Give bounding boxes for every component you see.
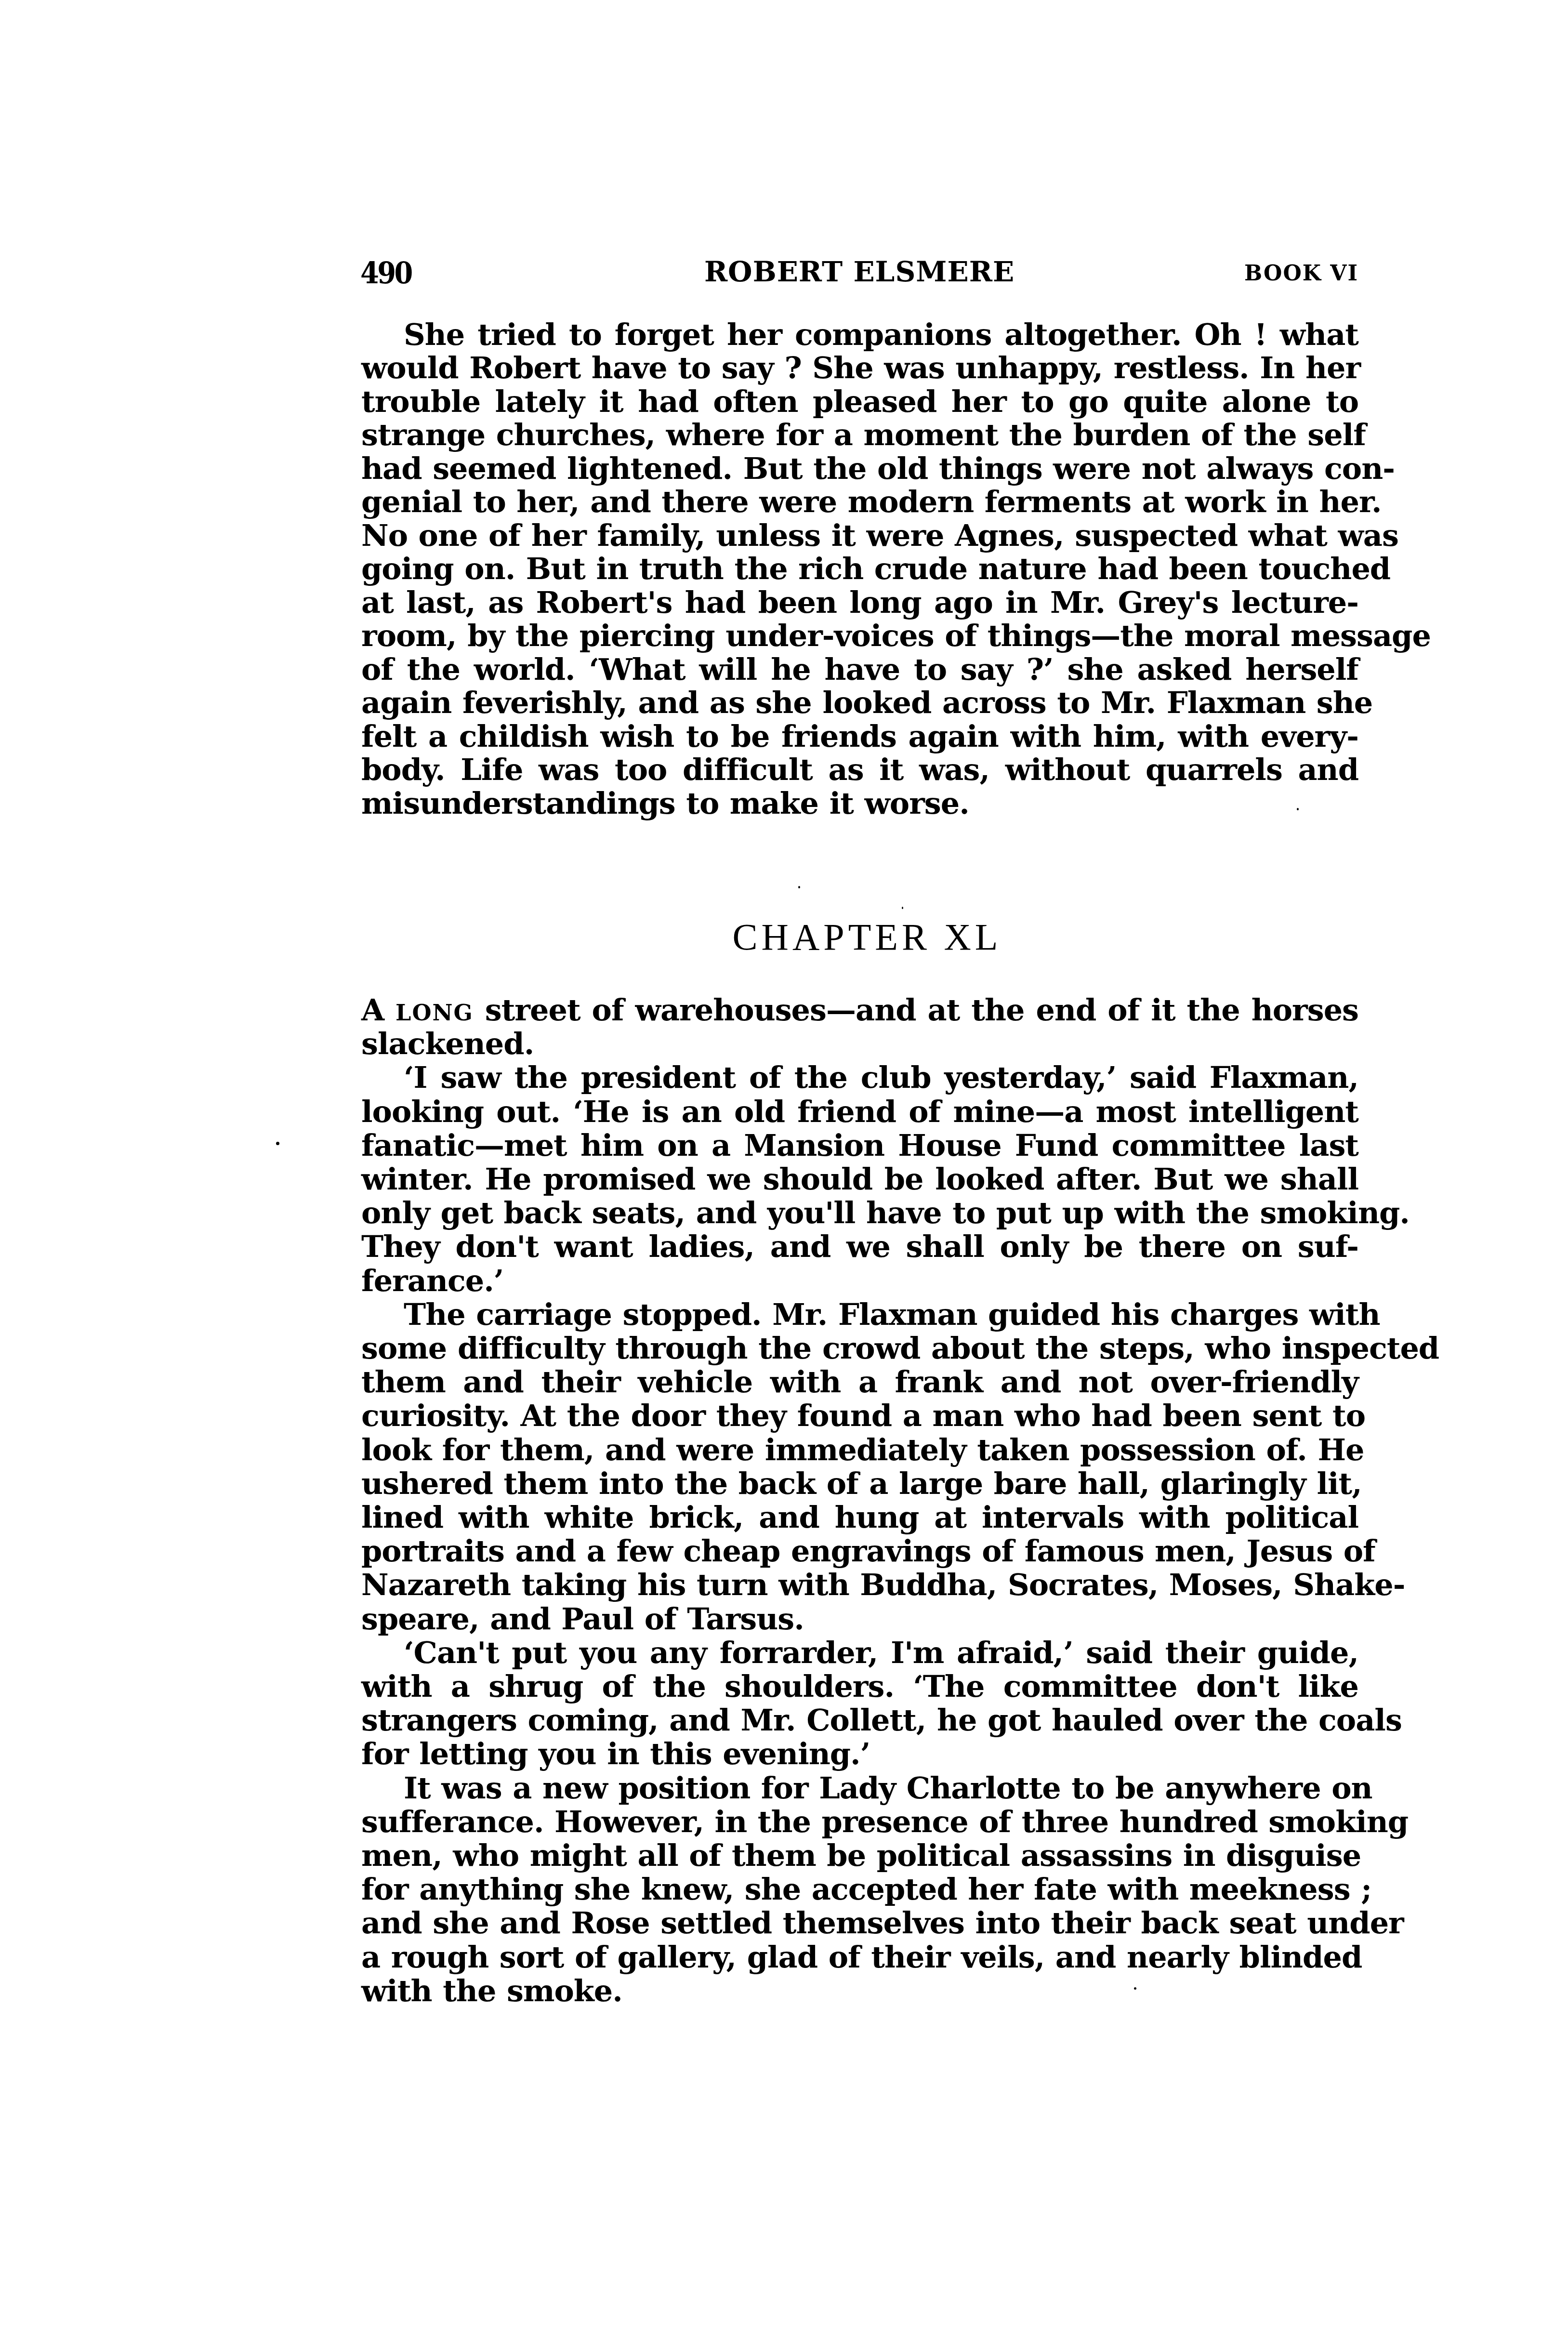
text-line: going on. But in truth the rich crude na… bbox=[361, 552, 1358, 586]
text-line: ushered them into the back of a large ba… bbox=[361, 1467, 1358, 1501]
text-line: look for them, and were immediately take… bbox=[361, 1433, 1358, 1467]
text-line: them and their vehicle with a frank and … bbox=[361, 1365, 1358, 1399]
text-line: room, by the piercing under-voices of th… bbox=[361, 619, 1358, 653]
text-line: sufferance. However, in the presence of … bbox=[361, 1805, 1358, 1839]
text-line: and she and Rose settled themselves into… bbox=[361, 1906, 1358, 1940]
text-line: with the smoke. bbox=[361, 1974, 1358, 2008]
text-line: men, who might all of them be political … bbox=[361, 1839, 1358, 1873]
text-line: looking out. ‘He is an old friend of min… bbox=[361, 1095, 1358, 1129]
text-line: trouble lately it had often pleased her … bbox=[361, 385, 1358, 419]
scan-speck bbox=[798, 886, 800, 888]
text-line: fanatic—met him on a Mansion House Fund … bbox=[361, 1129, 1358, 1162]
book-section: BOOK VI bbox=[1244, 261, 1358, 286]
text-line: with a shrug of the shoulders. ‘The comm… bbox=[361, 1670, 1358, 1703]
text-line: The carriage stopped. Mr. Flaxman guided… bbox=[404, 1298, 1358, 1332]
opening-rest: street of warehouses—and at the end of i… bbox=[474, 992, 1358, 1028]
scan-speck bbox=[902, 907, 903, 909]
text-line: had seemed lightened. But the old things… bbox=[361, 452, 1358, 486]
text-line: would Robert have to say ? She was unhap… bbox=[361, 351, 1358, 385]
text-line: body. Life was too difficult as it was, … bbox=[361, 753, 1358, 787]
text-line: winter. He promised we should be looked … bbox=[361, 1162, 1358, 1196]
text-line: only get back seats, and you'll have to … bbox=[361, 1196, 1358, 1230]
running-head: 490 ROBERT ELSMERE BOOK VI bbox=[360, 251, 1358, 290]
text-line: of the world. ‘What will he have to say … bbox=[361, 653, 1358, 687]
scan-speck bbox=[1134, 1987, 1136, 1990]
text-line: some difficulty through the crowd about … bbox=[361, 1332, 1358, 1365]
book-page: 490 ROBERT ELSMERE BOOK VI She tried to … bbox=[0, 0, 1568, 2350]
text-line: ‘I saw the president of the club yesterd… bbox=[404, 1061, 1358, 1095]
text-line: felt a childish wish to be friends again… bbox=[361, 720, 1358, 753]
text-line: They don't want ladies, and we shall onl… bbox=[361, 1230, 1358, 1264]
text-line: for anything she knew, she accepted her … bbox=[361, 1873, 1358, 1906]
text-line: slackened. bbox=[361, 1027, 1358, 1061]
text-line: strange churches, where for a moment the… bbox=[361, 418, 1358, 452]
text-line: speare, and Paul of Tarsus. bbox=[361, 1602, 1358, 1636]
book-title: ROBERT ELSMERE bbox=[360, 255, 1358, 288]
text-line: misunderstandings to make it worse. bbox=[361, 787, 1358, 820]
text-line: again feverishly, and as she looked acro… bbox=[361, 686, 1358, 720]
text-line: No one of her family, unless it were Agn… bbox=[361, 519, 1358, 553]
chapter-heading: CHAPTER XL bbox=[723, 918, 1012, 956]
text-line: It was a new position for Lady Charlotte… bbox=[404, 1771, 1358, 1805]
text-line-opening: A LONG street of warehouses—and at the e… bbox=[361, 993, 1358, 1027]
opening-smallcaps: LONG bbox=[395, 1000, 474, 1026]
text-line: Nazareth taking his turn with Buddha, So… bbox=[361, 1568, 1358, 1602]
text-line: for letting you in this evening.’ bbox=[361, 1737, 1358, 1771]
text-line: a rough sort of gallery, glad of their v… bbox=[361, 1941, 1358, 1974]
text-line: curiosity. At the door they found a man … bbox=[361, 1399, 1358, 1433]
opening-initial: A bbox=[361, 992, 384, 1028]
text-line: She tried to forget her companions altog… bbox=[404, 318, 1358, 352]
text-line: at last, as Robert's had been long ago i… bbox=[361, 586, 1358, 620]
scan-speck bbox=[276, 1142, 279, 1145]
text-line: ‘Can't put you any forrarder, I'm afraid… bbox=[404, 1636, 1358, 1670]
scan-speck bbox=[1297, 808, 1299, 810]
text-line: ferance.’ bbox=[361, 1264, 1358, 1298]
text-line: lined with white brick, and hung at inte… bbox=[361, 1501, 1358, 1534]
text-line: portraits and a few cheap engravings of … bbox=[361, 1534, 1358, 1568]
text-line: strangers coming, and Mr. Collett, he go… bbox=[361, 1703, 1358, 1737]
text-line: genial to her, and there were modern fer… bbox=[361, 485, 1358, 519]
